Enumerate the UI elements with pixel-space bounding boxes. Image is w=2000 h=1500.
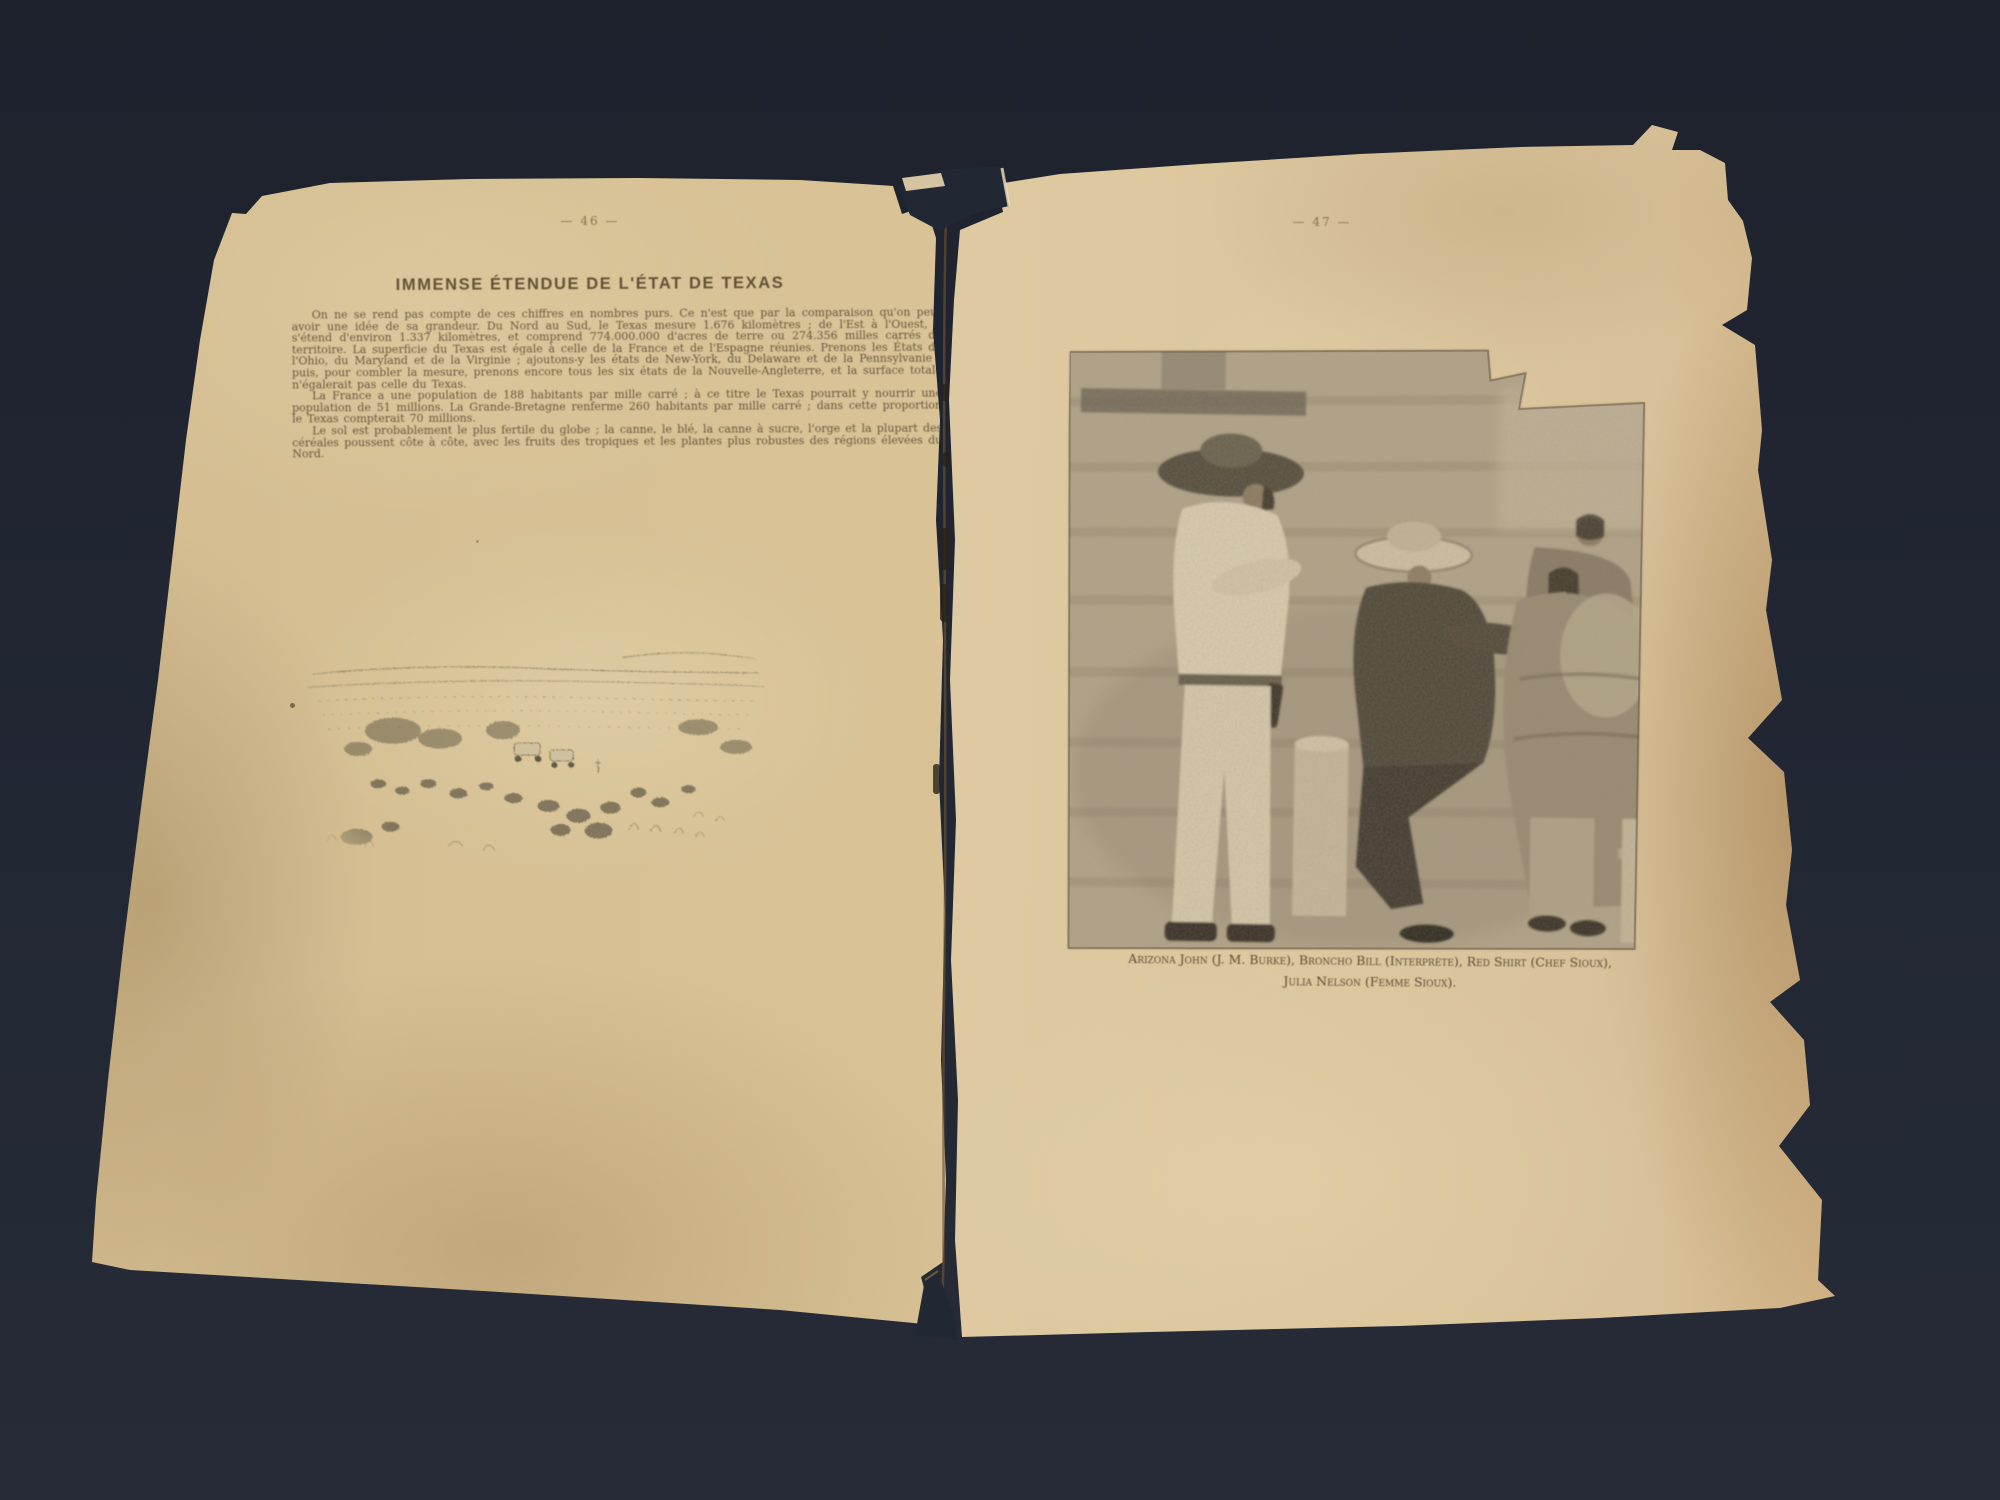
- book-spread-photo: — 46 — IMMENSE ÉTENDUE DE L'ÉTAT DE TEXA…: [0, 0, 2000, 1500]
- wild-west-group-photo: [1060, 342, 1646, 959]
- paper-speck: [476, 540, 479, 543]
- right-page-number: — 47 —: [1272, 215, 1372, 230]
- paragraph-1: On ne se rend pas compte de ces chiffres…: [292, 307, 942, 391]
- left-page-number: — 46 —: [540, 214, 640, 228]
- article-title: IMMENSE ÉTENDUE DE L'ÉTAT DE TEXAS: [355, 274, 825, 295]
- paper-speck: [290, 703, 295, 708]
- prairie-cattle-engraving: [297, 577, 777, 874]
- paragraph-2: La France a une population de 188 habita…: [292, 388, 942, 426]
- article-body: On ne se rend pas compte de ces chiffres…: [292, 307, 943, 461]
- photo-caption: Arizona John (J. M. Burke), Broncho Bill…: [1060, 947, 1680, 994]
- paragraph-3: Le sol est probablement le plus fertile …: [292, 423, 942, 461]
